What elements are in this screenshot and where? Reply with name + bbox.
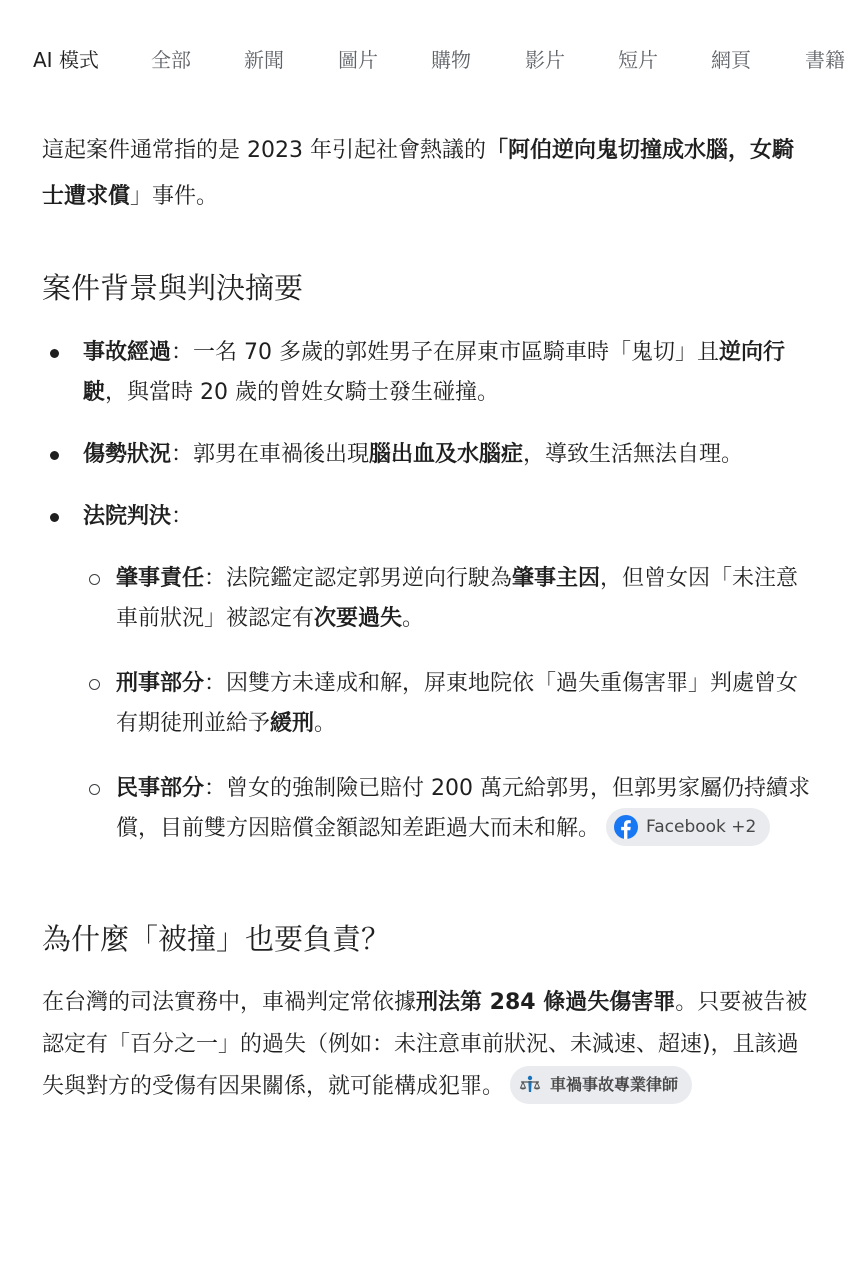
list-item-verdict: 法院判決： 肇事責任：法院鑑定認定郭男逆向行駛為肇事主因，但曾女因「未注意車前狀… xyxy=(42,497,812,849)
ai-answer: 這起案件通常指的是 2023 年引起社會熱議的「阿伯逆向鬼切撞成水腦，女騎士遭求… xyxy=(42,128,812,1108)
section-heading-background: 案件背景與判決摘要 xyxy=(42,266,812,307)
item-label: 法院判決 xyxy=(83,504,171,529)
source-chip-lawyer[interactable]: 車禍事故專業律師 xyxy=(510,1066,692,1104)
tab-all[interactable]: 全部 xyxy=(151,44,191,73)
item-text: ，導致生活無法自理。 xyxy=(523,442,743,467)
sublist-item-criminal: 刑事部分：因雙方未達成和解，屏東地院依「過失重傷害罪」判處曾女有期徒刑並給予緩刑… xyxy=(42,664,812,744)
item-text: ，與當時 20 歲的曾姓女騎士發生碰撞。 xyxy=(105,380,499,405)
list-item-accident: 事故經過：一名 70 多歲的郭姓男子在屏東市區騎車時「鬼切」且逆向行駛，與當時 … xyxy=(42,333,812,413)
subitem-label: 刑事部分 xyxy=(116,671,204,696)
item-text: ：一名 70 多歲的郭姓男子在屏東市區騎車時「鬼切」且 xyxy=(171,340,719,365)
facebook-icon xyxy=(614,815,638,839)
item-label: 傷勢狀況 xyxy=(83,442,171,467)
subitem-bold: 肇事主因 xyxy=(512,566,600,591)
tab-images[interactable]: 圖片 xyxy=(338,44,378,73)
tab-books[interactable]: 書籍 xyxy=(805,44,845,73)
subitem-bold: 緩刑 xyxy=(270,711,314,736)
subitem-text: ：法院鑑定認定郭男逆向行駛為 xyxy=(204,566,512,591)
source-chip-facebook[interactable]: Facebook +2 xyxy=(606,808,770,846)
para-text: 在台灣的司法實務中，車禍判定常依據 xyxy=(42,990,416,1015)
chip-label: Facebook +2 xyxy=(646,807,756,847)
subitem-text: 。 xyxy=(314,711,336,736)
subitem-text: ：因雙方未達成和解，屏東地院依「過失重傷害罪」判處曾女有期徒刑並給予 xyxy=(116,671,798,736)
subitem-text: 。 xyxy=(402,606,424,631)
subitem-label: 肇事責任 xyxy=(116,566,204,591)
tab-videos[interactable]: 影片 xyxy=(525,44,565,73)
subitem-bold: 次要過失 xyxy=(314,606,402,631)
item-label: 事故經過 xyxy=(83,340,171,365)
sublist-item-civil: 民事部分：曾女的強制險已賠付 200 萬元給郭男，但郭男家屬仍持續求償，目前雙方… xyxy=(42,769,812,849)
intro-paragraph: 這起案件通常指的是 2023 年引起社會熱議的「阿伯逆向鬼切撞成水腦，女騎士遭求… xyxy=(42,128,812,220)
item-text: ： xyxy=(171,504,193,529)
legal-paragraph: 在台灣的司法實務中，車禍判定常依據刑法第 284 條過失傷害罪。只要被告被認定有… xyxy=(42,982,812,1108)
section-heading-why-responsible: 為什麼「被撞」也要負責？ xyxy=(42,917,812,958)
scales-of-justice-icon xyxy=(518,1073,542,1097)
tab-ai-mode[interactable]: AI 模式 xyxy=(33,44,99,73)
intro-text-end: 」事件。 xyxy=(130,184,218,209)
tab-short-videos[interactable]: 短片 xyxy=(618,44,658,73)
search-tabs: AI 模式 全部 新聞 圖片 購物 影片 短片 網頁 書籍 xyxy=(0,40,848,80)
list-item-injury: 傷勢狀況：郭男在車禍後出現腦出血及水腦症，導致生活無法自理。 xyxy=(42,435,812,475)
intro-text: 這起案件通常指的是 2023 年引起社會熱議的 xyxy=(42,138,486,163)
sublist-item-liability: 肇事責任：法院鑑定認定郭男逆向行駛為肇事主因，但曾女因「未注意車前狀況」被認定有… xyxy=(42,559,812,639)
item-bold: 腦出血及水腦症 xyxy=(369,442,523,467)
verdict-sublist: 肇事責任：法院鑑定認定郭男逆向行駛為肇事主因，但曾女因「未注意車前狀況」被認定有… xyxy=(42,559,812,849)
tab-shopping[interactable]: 購物 xyxy=(431,44,471,73)
item-text: ：郭男在車禍後出現 xyxy=(171,442,369,467)
chip-label: 車禍事故專業律師 xyxy=(550,1064,678,1106)
para-bold: 刑法第 284 條過失傷害罪 xyxy=(416,990,675,1015)
tab-web[interactable]: 網頁 xyxy=(711,44,751,73)
tab-news[interactable]: 新聞 xyxy=(244,44,284,73)
summary-list: 事故經過：一名 70 多歲的郭姓男子在屏東市區騎車時「鬼切」且逆向行駛，與當時 … xyxy=(42,333,812,849)
subitem-label: 民事部分 xyxy=(116,776,204,801)
